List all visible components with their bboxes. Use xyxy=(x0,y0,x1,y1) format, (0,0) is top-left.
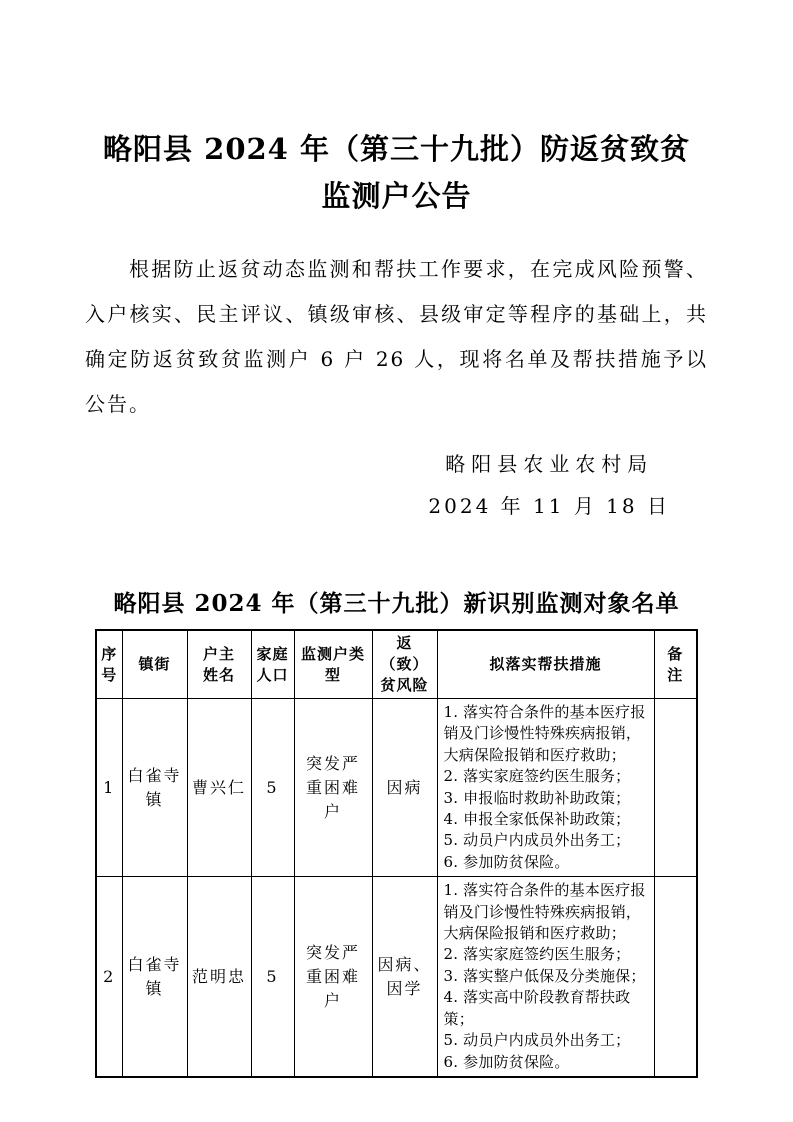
cell-name: 范明忠 xyxy=(187,877,251,1077)
column-header-risk: 返（致） 贫风险 xyxy=(372,630,437,699)
column-header-type: 监测户类 型 xyxy=(294,630,372,699)
signature-date: 2024 年 11 月 18 日 xyxy=(428,485,670,527)
cell-serial: 1 xyxy=(96,699,122,877)
cell-risk: 因病 xyxy=(372,699,437,877)
page-title: 略阳县 2024 年（第三十九批）防返贫致贫 监测户公告 xyxy=(85,126,708,220)
body-paragraph: 根据防止返贫动态监测和帮扶工作要求，在完成风险预警、入户核实、民主评议、镇级审核… xyxy=(85,247,708,427)
cell-measures: 1. 落实符合条件的基本医疗报销及门诊慢性特殊疾病报销，大病保险报销和医疗救助；… xyxy=(437,877,654,1077)
table-header-row: 序 号 镇街 户主 姓名 家庭 人口 监测户类 型 返（致） 贫风险 拟落实帮扶… xyxy=(96,630,697,699)
column-header-measures: 拟落实帮扶措施 xyxy=(437,630,654,699)
cell-type: 突发严 重困难 户 xyxy=(294,699,372,877)
signature-org: 略阳县农业农村局 xyxy=(428,443,670,485)
cell-town: 白雀寺 镇 xyxy=(122,877,187,1077)
table-row: 1 白雀寺 镇 曹兴仁 5 突发严 重困难 户 因病 1. 落实符合条件的基本医… xyxy=(96,699,697,877)
cell-population: 5 xyxy=(251,699,294,877)
cell-serial: 2 xyxy=(96,877,122,1077)
document-page: 略阳县 2024 年（第三十九批）防返贫致贫 监测户公告 根据防止返贫动态监测和… xyxy=(0,0,793,1122)
cell-type: 突发严 重困难 户 xyxy=(294,877,372,1077)
cell-remark xyxy=(654,877,697,1077)
cell-name: 曹兴仁 xyxy=(187,699,251,877)
column-header-name: 户主 姓名 xyxy=(187,630,251,699)
monitoring-table: 序 号 镇街 户主 姓名 家庭 人口 监测户类 型 返（致） 贫风险 拟落实帮扶… xyxy=(95,629,698,1078)
cell-risk: 因病、 因学 xyxy=(372,877,437,1077)
column-header-town: 镇街 xyxy=(122,630,187,699)
cell-town: 白雀寺 镇 xyxy=(122,699,187,877)
signature-block: 略阳县农业农村局 2024 年 11 月 18 日 xyxy=(428,443,670,527)
table-row: 2 白雀寺 镇 范明忠 5 突发严 重困难 户 因病、 因学 1. 落实符合条件… xyxy=(96,877,697,1077)
column-header-remark: 备 注 xyxy=(654,630,697,699)
column-header-population: 家庭 人口 xyxy=(251,630,294,699)
cell-measures: 1. 落实符合条件的基本医疗报销及门诊慢性特殊疾病报销，大病保险报销和医疗救助；… xyxy=(437,699,654,877)
table-title: 略阳县 2024 年（第三十九批）新识别监测对象名单 xyxy=(85,587,708,621)
cell-population: 5 xyxy=(251,877,294,1077)
cell-remark xyxy=(654,699,697,877)
column-header-serial: 序 号 xyxy=(96,630,122,699)
